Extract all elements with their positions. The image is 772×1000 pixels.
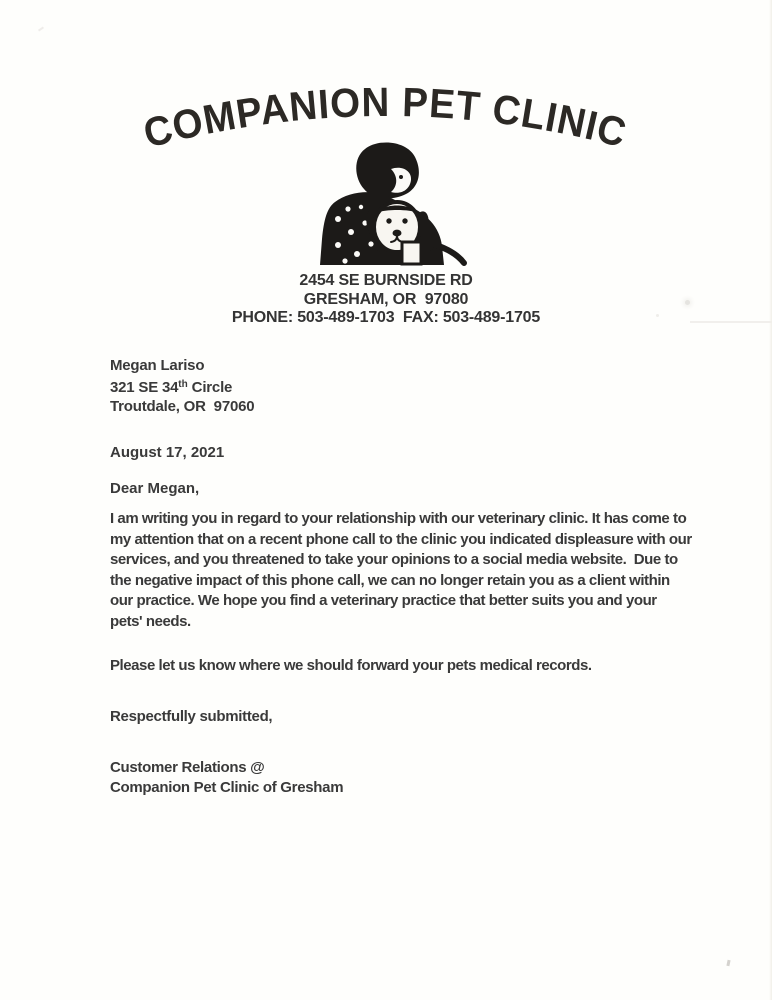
recipient-street-number: 321 SE 34	[110, 379, 178, 396]
signature-line-1: Customer Relations @	[110, 758, 343, 778]
recipient-address-block: Megan Lariso 321 SE 34th Circle Troutdal…	[110, 356, 254, 416]
puppy-eye-right	[402, 218, 407, 223]
letterhead-city-state-zip: GRESHAM, OR 97080	[0, 291, 772, 310]
scan-speck	[726, 960, 730, 966]
recipient-street-name: Circle	[188, 379, 232, 396]
child-eye	[399, 175, 403, 179]
letterhead-street: 2454 SE BURNSIDE RD	[0, 272, 772, 291]
scan-speck	[38, 26, 44, 31]
recipient-city-state-zip: Troutdale, OR 97060	[110, 397, 254, 416]
puppy-eye-left	[386, 218, 391, 223]
letterhead-phone-fax: PHONE: 503-489-1703 FAX: 503-489-1705	[0, 309, 772, 328]
body-paragraph-2: Please let us know where we should forwa…	[110, 656, 730, 677]
recipient-street-ordinal: th	[178, 379, 187, 390]
recipient-name: Megan Lariso	[110, 356, 254, 375]
letterhead-address-block: 2454 SE BURNSIDE RD GRESHAM, OR 97080 PH…	[0, 272, 772, 328]
recipient-street: 321 SE 34th Circle	[110, 375, 254, 397]
child-head	[356, 142, 419, 198]
puppy-paw	[402, 242, 421, 264]
body-paragraph-1: I am writing you in regard to your relat…	[110, 509, 692, 632]
signature-line-2: Companion Pet Clinic of Gresham	[110, 778, 343, 798]
date-line: August 17, 2021	[110, 444, 224, 461]
closing-line: Respectfully submitted,	[110, 708, 272, 725]
clinic-logo-illustration	[303, 141, 469, 267]
salutation: Dear Megan,	[110, 480, 199, 497]
letter-page: COMPANION PET CLINIC	[0, 0, 772, 1000]
signature-block: Customer Relations @ Companion Pet Clini…	[110, 758, 343, 797]
